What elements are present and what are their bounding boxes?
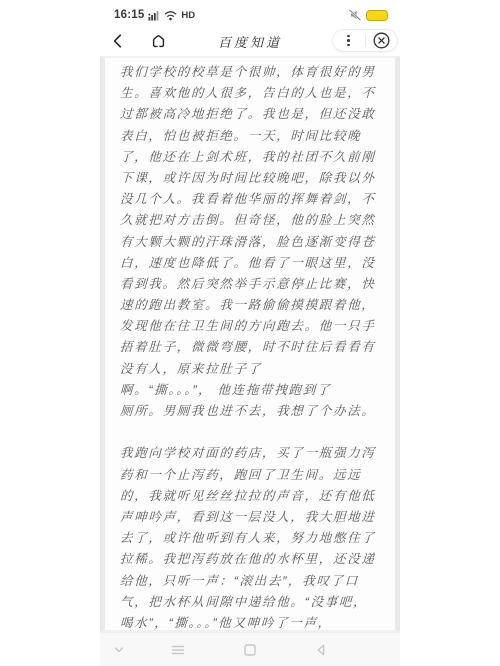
handwritten-line: 啊。“撕。。。”， 他连拖带拽跑到了: [120, 380, 392, 401]
phone-screen: 16:15 HD: [100, 0, 400, 666]
handwritten-line: 看到我。然后突然举手示意停止比赛，快: [120, 274, 392, 295]
handwritten-line: 生。喜欢他的人很多，告白的人也是，不: [120, 83, 392, 104]
collapse-icon[interactable]: [111, 642, 127, 658]
battery-icon: [366, 10, 388, 21]
handwritten-line: 声呻吟声，看到这一层没人，我大胆地进: [120, 507, 392, 528]
handwritten-line: 厕所。男厕我也进不去，我想了个办法。: [120, 401, 392, 422]
handwritten-line: 速的跑出教室。我一路偷偷摸摸跟着他，: [120, 295, 392, 316]
handwritten-line: 气，把水杯从间隙中递给他。“没事吧，: [120, 592, 392, 613]
three-dots-icon: [347, 35, 350, 47]
system-nav-bar: [100, 632, 400, 666]
status-bar: 16:15 HD: [100, 0, 400, 26]
app-title-bar: 百度知道: [100, 26, 400, 56]
handwriting-image[interactable]: 我们学校的校草是个很帅，体育很好的男生。喜欢他的人很多，告白的人也是，不过都被高…: [100, 56, 400, 632]
back-triangle-icon[interactable]: [313, 642, 329, 658]
handwritten-line: 下课，或许因为时间比较晚吧，除我以外: [120, 168, 392, 189]
status-left-group: 16:15 HD: [114, 9, 195, 21]
recents-square-icon[interactable]: [242, 642, 258, 658]
wifi-icon: [164, 10, 177, 21]
handwritten-line: 久就把对方击倒。但奇怪，他的脸上突然: [120, 210, 392, 231]
status-right-group: [348, 9, 388, 21]
handwritten-line: 表白，怕也被拒绝。一天，时间比较晚: [120, 126, 392, 147]
app-capsule: [332, 29, 398, 52]
handwritten-line: 捂着肚子，微微弯腰，时不时往后看看有: [120, 337, 392, 358]
handwritten-line: 给他，只听一声：“滚出去”，我叹了口: [120, 571, 392, 592]
handwritten-line: 去了，或许他听到有人来，努力地憋住了: [120, 528, 392, 549]
close-button[interactable]: [366, 30, 398, 51]
handwritten-line: 喝水”，“撕。。。”他又呻吟了一声，: [120, 613, 392, 632]
handwritten-line: 发现他在往卫生间的方向跑去。他一只手: [120, 316, 392, 337]
more-menu-button[interactable]: [333, 30, 365, 51]
handwritten-line: 没有人，原来拉肚子了: [120, 359, 392, 380]
handwritten-line: 没几个人。我看着他华丽的挥舞着剑，不: [120, 189, 392, 210]
menu-icon[interactable]: [170, 642, 186, 658]
mute-icon: [348, 9, 362, 21]
handwritten-line: 过都被高冷地拒绝了。我也是，但还没敢: [120, 104, 392, 125]
handwritten-line: 拉稀。我把泻药放在他的水杯里，还没递: [120, 549, 392, 570]
handwritten-line: 药和一个止泻药，跑回了卫生间。远远: [120, 465, 392, 486]
handwritten-line: 有大颗大颗的汗珠滑落，脸色逐渐变得苍: [120, 232, 392, 253]
handwritten-line: 白，速度也降低了。他看了一眼这里，没: [120, 253, 392, 274]
signal-icon: [148, 10, 160, 21]
clock: 16:15: [114, 9, 144, 21]
handwritten-line: 的，我就听见丝丝拉拉的声音，还有他低: [120, 486, 392, 507]
handwritten-line: 我们学校的校草是个很帅，体育很好的男: [120, 62, 392, 83]
handwritten-line: 我跑向学校对面的药店，买了一瓶强力泻: [120, 443, 392, 464]
handwriting-paragraph-1: 我们学校的校草是个很帅，体育很好的男生。喜欢他的人很多，告白的人也是，不过都被高…: [120, 62, 391, 422]
close-circle-icon: [373, 32, 390, 49]
handwritten-line: 了，他还在上剑术班，我的社团不久前刚: [120, 147, 392, 168]
handwriting-paragraph-2: 我跑向学校对面的药店，买了一瓶强力泻药和一个止泻药，跑回了卫生间。远远的，我就听…: [120, 443, 391, 632]
hd-indicator: HD: [181, 10, 195, 21]
